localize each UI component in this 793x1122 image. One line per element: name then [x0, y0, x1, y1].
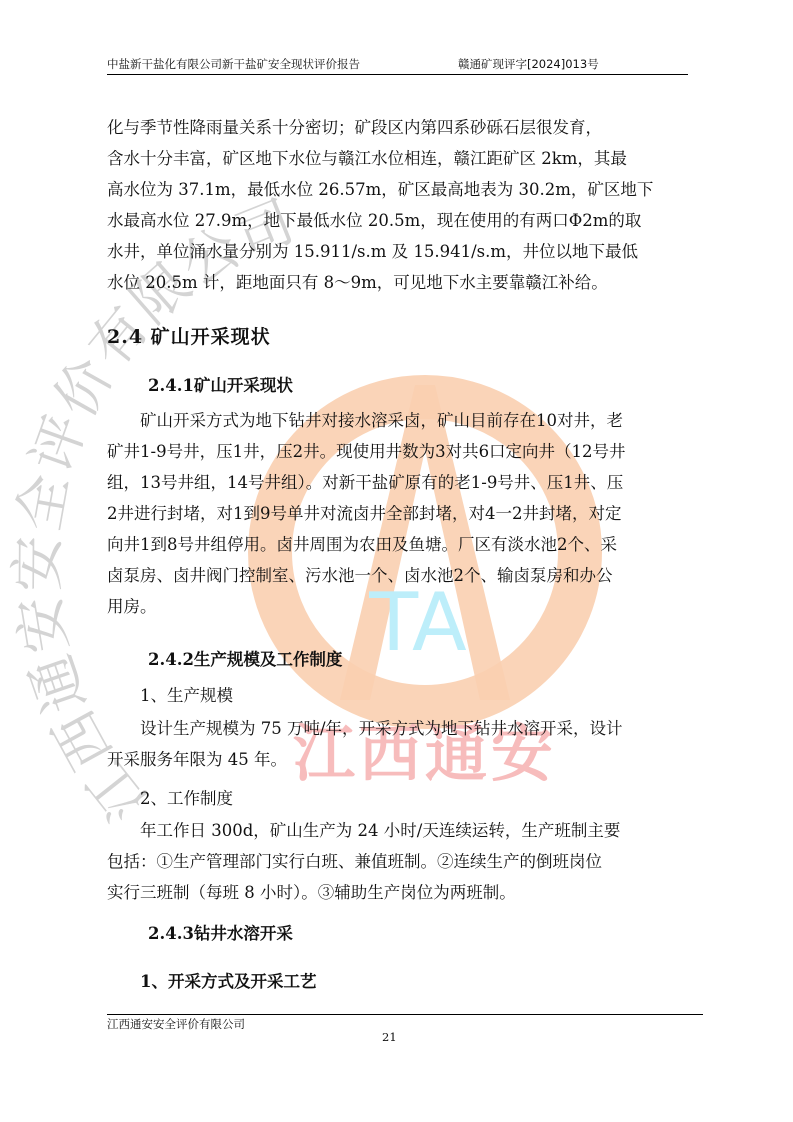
text-line: 开采服务年限为 45 年。	[107, 744, 689, 775]
list-item-title-bold: 1、开采方式及开采工艺	[140, 968, 316, 992]
text-line: 用房。	[107, 591, 689, 622]
page-header: 中盐新干盐化有限公司新干盐矿安全现状评价报告 赣通矿现评字[2024]013号	[107, 56, 688, 75]
list-item-title: 2、工作制度	[107, 783, 689, 814]
text-line: 年工作日 300d，矿山生产为 24 小时/天连续运转，生产班制主要	[107, 815, 689, 846]
text-line: 向井1到8号井组停用。卤井周围为农田及鱼塘。厂区有淡水池2个、采	[107, 529, 689, 560]
text-line: 高水位为 37.1m，最低水位 26.57m，矿区最高地表为 30.2m，矿区地…	[107, 174, 689, 205]
paragraph-2-4-1: 矿山开采方式为地下钻井对接水溶采卤，矿山目前存在10对井，老 矿井1-9号井，压…	[107, 405, 689, 622]
text-line: 卤泵房、卤井阀门控制室、污水池一个、卤水池2个、输卤泵房和办公	[107, 560, 689, 591]
header-document-number: 赣通矿现评字[2024]013号	[458, 56, 599, 72]
text-line: 矿井1-9号井，压1井，压2井。现使用井数为3对共6口定向井（12号井	[107, 436, 689, 467]
text-line: 矿山开采方式为地下钻井对接水溶采卤，矿山目前存在10对井，老	[107, 405, 689, 436]
intro-paragraph: 化与季节性降雨量关系十分密切；矿段区内第四系砂砾石层很发育， 含水十分丰富，矿区…	[107, 112, 689, 298]
paragraph-work-schedule-body: 年工作日 300d，矿山生产为 24 小时/天连续运转，生产班制主要 包括：①生…	[107, 815, 689, 908]
header-report-title: 中盐新干盐化有限公司新干盐矿安全现状评价报告	[107, 56, 360, 72]
section-heading-2-4: 2.4 矿山开采现状	[107, 322, 271, 349]
text-line: 实行三班制（每班 8 小时）。③辅助生产岗位为两班制。	[107, 877, 689, 908]
paragraph-production-scale-body: 设计生产规模为 75 万吨/年，开采方式为地下钻井水溶开采，设计 开采服务年限为…	[107, 713, 689, 775]
paragraph-production-scale: 1、生产规模	[107, 680, 689, 711]
subsection-heading-2-4-3: 2.4.3钻井水溶开采	[148, 920, 293, 944]
subsection-heading-2-4-2: 2.4.2生产规模及工作制度	[148, 646, 342, 670]
text-line: 水位 20.5m 计，距地面只有 8～9m，可见地下水主要靠赣江补给。	[107, 267, 689, 298]
subsection-heading-2-4-1: 2.4.1矿山开采现状	[148, 372, 293, 396]
list-item-title: 1、生产规模	[107, 680, 689, 711]
text-line: 化与季节性降雨量关系十分密切；矿段区内第四系砂砾石层很发育，	[107, 112, 689, 143]
footer-divider	[107, 1014, 703, 1015]
paragraph-work-schedule: 2、工作制度	[107, 783, 689, 814]
text-line: 水最高水位 27.9m，地下最低水位 20.5m，现在使用的有两口Φ2m的取	[107, 205, 689, 236]
text-line: 2井进行封堵，对1到9号单井对流卤井全部封堵，对4一2井封堵，对定	[107, 498, 689, 529]
text-line: 组，13号井组，14号井组）。对新干盐矿原有的老1-9号井、压1井、压	[107, 467, 689, 498]
text-line: 包括：①生产管理部门实行白班、兼值班制。②连续生产的倒班岗位	[107, 846, 689, 877]
text-line: 含水十分丰富，矿区地下水位与赣江水位相连，赣江距矿区 2km，其最	[107, 143, 689, 174]
page-number: 21	[382, 1030, 397, 1044]
footer-company: 江西通安安全评价有限公司	[107, 1016, 245, 1032]
text-line: 设计生产规模为 75 万吨/年，开采方式为地下钻井水溶开采，设计	[107, 713, 689, 744]
text-line: 水井，单位涌水量分别为 15.911/s.m 及 15.941/s.m，井位以地…	[107, 236, 689, 267]
